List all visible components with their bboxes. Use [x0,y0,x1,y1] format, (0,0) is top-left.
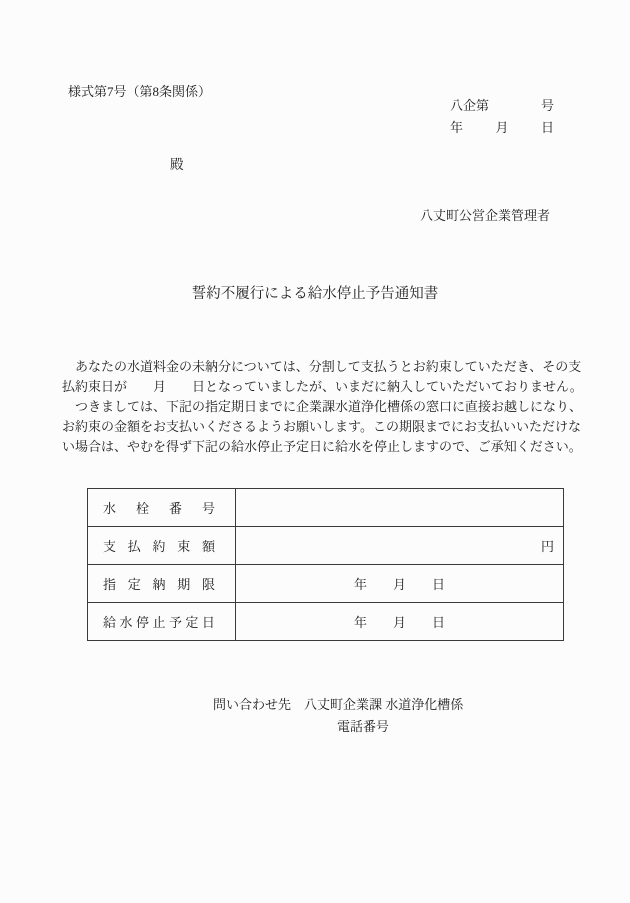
document-title: 誓約不履行による給水停止予告通知書 [0,282,630,303]
body-line: つきましては、下記の指定期日までに企業課水道浄化槽係の窓口に直接お越しになり、 [62,397,583,417]
payment-deadline-date: 年 月 日 [236,565,564,603]
payment-deadline-label: 指定納期限 [103,574,215,593]
payment-details-table: 水栓番号 支払約束額 円 指定納期限 年 月 日 給水停止予定日 [87,488,564,641]
water-tap-number-value [236,489,564,527]
water-tap-number-label: 水栓番号 [103,498,215,517]
issuer-name: 八丈町公営企業管理者 [420,205,550,224]
body-text: あなたの水道料金の未納分については、分割して支払うとお約束していただき、その支 … [62,357,583,457]
document-ref-block: 八企第 号 年 月 日 [450,95,554,138]
document-number-line: 八企第 号 [450,95,554,117]
date-month-label: 月 [495,117,508,139]
table-row-promised-amount: 支払約束額 円 [88,527,564,565]
contact-info: 問い合わせ先 八丈町企業課 水道浄化槽係 [213,694,463,713]
doc-number-suffix: 号 [541,95,554,117]
promised-amount-unit: 円 [236,527,564,565]
doc-number-prefix: 八企第 [450,95,489,117]
shutoff-date-value: 年 月 日 [236,603,564,641]
shutoff-date-label: 給水停止予定日 [103,612,215,631]
table-row-shutoff-date: 給水停止予定日 年 月 日 [88,603,564,641]
date-day-label: 日 [541,117,554,139]
body-line: お約束の金額をお支払いくださるようお願いします。この期限までにお支払いいただけな [62,417,583,437]
table-row-water-tap-number: 水栓番号 [88,489,564,527]
body-line: あなたの水道料金の未納分については、分割して支払うとお約束していただき、その支 [62,357,583,377]
document-page: 様式第7号（第8条関係） 八企第 号 年 月 日 殿 八丈町公営企業管理者 誓約… [0,0,630,903]
form-number: 様式第7号（第8条関係） [68,81,211,100]
body-line: 払約束日が 月 日となっていましたが、いまだに納入していただいておりません。 [62,377,583,397]
phone-number-label: 電話番号 [337,716,389,735]
table-row-payment-deadline: 指定納期限 年 月 日 [88,565,564,603]
date-year-label: 年 [450,117,463,139]
body-line: い場合は、やむを得ず下記の給水停止予定日に給水を停止しますので、ご承知ください。 [62,437,583,457]
issue-date-line: 年 月 日 [450,117,554,139]
recipient-honorific: 殿 [170,153,184,173]
promised-amount-label: 支払約束額 [103,536,215,555]
